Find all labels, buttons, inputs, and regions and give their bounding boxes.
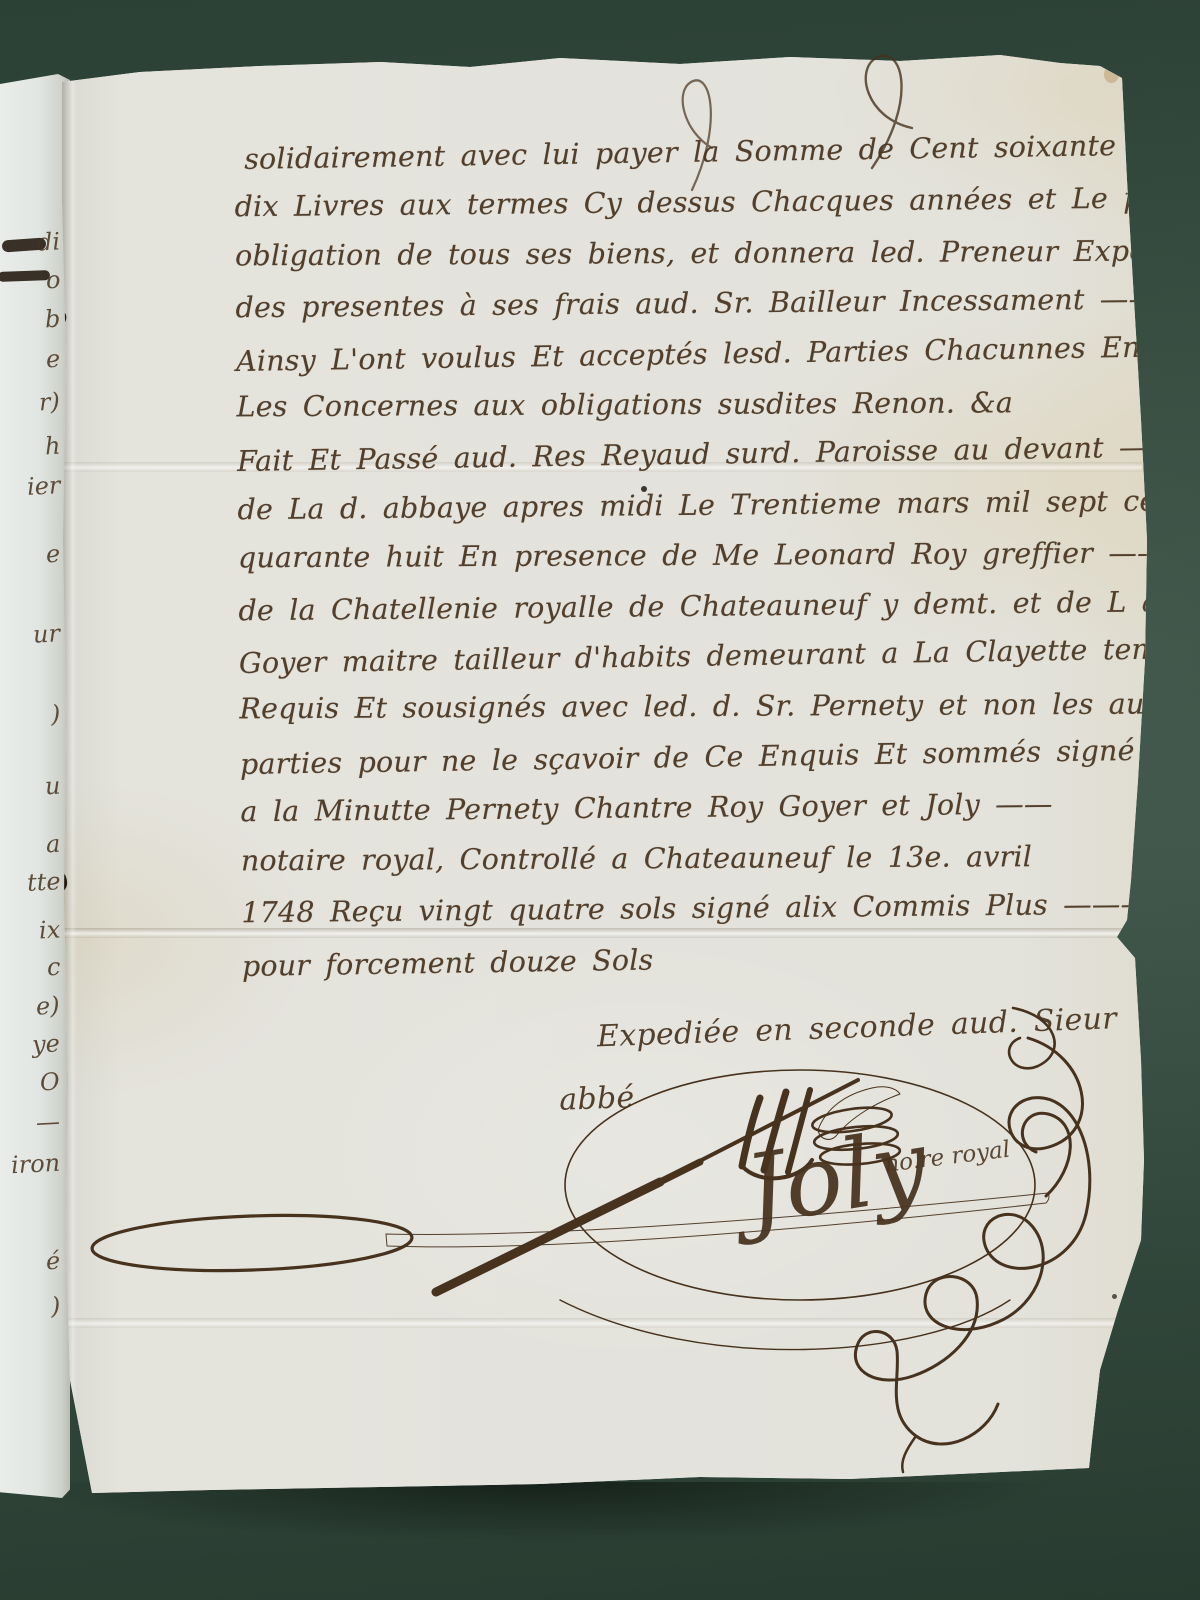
paraphe-tail (902, 1436, 916, 1472)
signature-diagonal-stroke (436, 1182, 660, 1292)
signature-left-loop (91, 1210, 413, 1275)
paraphe-loops (1009, 1038, 1090, 1214)
signature-curl (1022, 1113, 1070, 1196)
paraphe-loops (855, 1276, 998, 1444)
ascender-flourish (866, 56, 912, 168)
paraphe-loops (984, 1214, 1086, 1322)
signature-underline (386, 1193, 1049, 1247)
signature-flourish-layer: Joly no.re royal (0, 0, 1200, 1600)
ascender-flourish (683, 80, 712, 190)
